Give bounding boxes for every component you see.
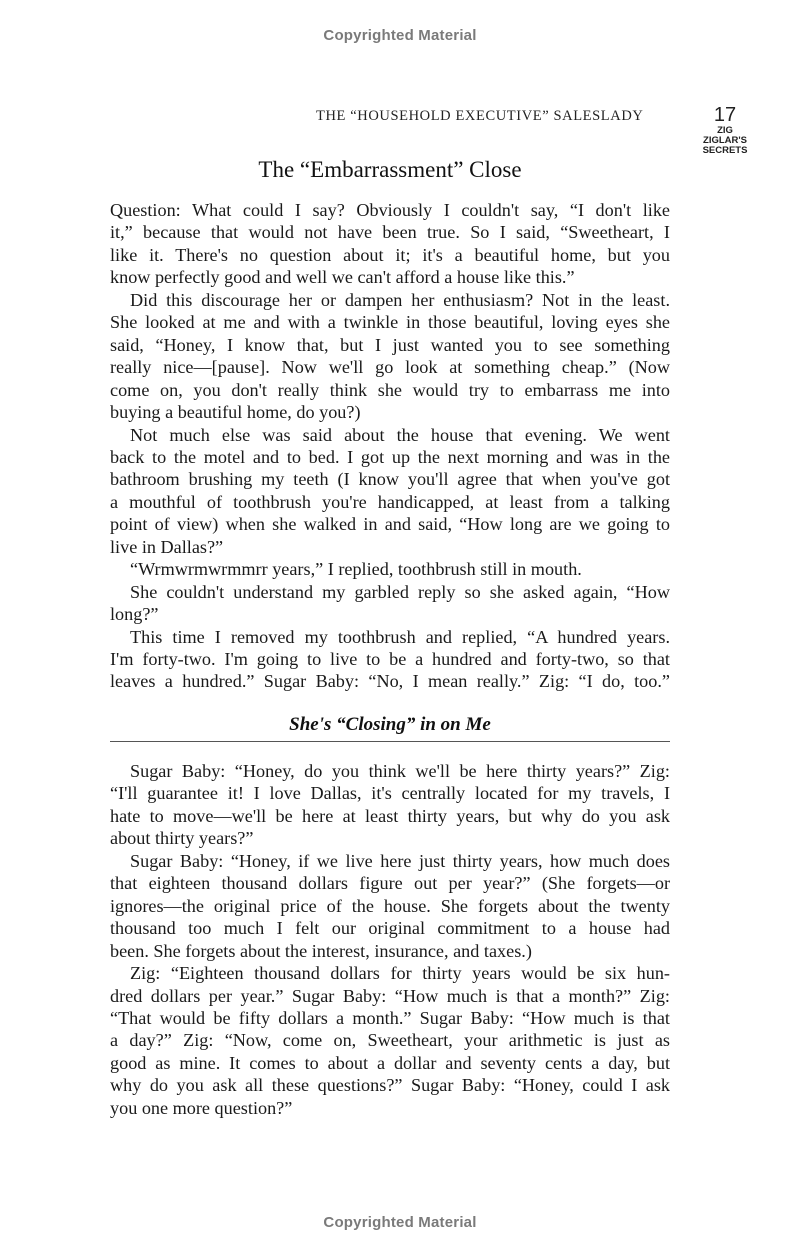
text-line: “I'll guarantee it! I love Dallas, it's … bbox=[110, 782, 670, 804]
text-line: know perfectly good and well we can't af… bbox=[110, 266, 670, 288]
text-line: you one more question?” bbox=[110, 1097, 670, 1119]
text-line: She looked at me and with a twinkle in t… bbox=[110, 311, 670, 333]
text-line: come on, you don't really think she woul… bbox=[110, 379, 670, 401]
text-line: Sugar Baby: “Honey, do you think we'll b… bbox=[130, 760, 670, 782]
text-line: I'm forty-two. I'm going to live to be a… bbox=[110, 648, 670, 670]
text-line: “Wrmwrmwrmmrr years,” I replied, toothbr… bbox=[130, 558, 670, 580]
text-line: She couldn't understand my garbled reply… bbox=[130, 581, 670, 603]
text-line: that eighteen thousand dollars figure ou… bbox=[110, 872, 670, 894]
text-line: hate to move—we'll be here at least thir… bbox=[110, 805, 670, 827]
book-tag-line: SECRETS bbox=[700, 146, 750, 156]
text-line: long?” bbox=[110, 603, 670, 625]
section-divider-rule bbox=[110, 741, 670, 742]
text-line: Zig: “Eighteen thousand dollars for thir… bbox=[130, 962, 670, 984]
page-number: 17 bbox=[700, 104, 750, 127]
text-line: really nice—[pause]. Now we'll go look a… bbox=[110, 356, 670, 378]
text-line: been. She forgets about the interest, in… bbox=[110, 940, 670, 962]
text-line: ignores—the original price of the house.… bbox=[110, 895, 670, 917]
text-line: about thirty years?” bbox=[110, 827, 670, 849]
text-line: bathroom brushing my teeth (I know you'l… bbox=[110, 468, 670, 490]
text-line: a day?” Zig: “Now, come on, Sweetheart, … bbox=[110, 1029, 670, 1051]
text-line: buying a beautiful home, do you?) bbox=[110, 401, 670, 423]
running-head: THE “HOUSEHOLD EXECUTIVE” SALESLADY bbox=[316, 108, 643, 125]
watermark-top: Copyrighted Material bbox=[0, 27, 800, 44]
text-line: good as mine. It comes to about a dollar… bbox=[110, 1052, 670, 1074]
text-line: Question: What could I say? Obviously I … bbox=[110, 199, 670, 221]
text-line: it,” because that would not have been tr… bbox=[110, 221, 670, 243]
text-line: live in Dallas?” bbox=[110, 536, 670, 558]
text-line: This time I removed my toothbrush and re… bbox=[130, 626, 670, 648]
text-line: leaves a hundred.” Sugar Baby: “No, I me… bbox=[110, 670, 670, 692]
book-tag: ZIG ZIGLAR'S SECRETS bbox=[700, 126, 750, 156]
text-line: a mouthful of toothbrush you're handicap… bbox=[110, 491, 670, 513]
section-heading-closing-in-on-me: She's “Closing” in on Me bbox=[110, 714, 670, 736]
text-line: Did this discourage her or dampen her en… bbox=[130, 289, 670, 311]
text-line: said, “Honey, I know that, but I just wa… bbox=[110, 334, 670, 356]
text-line: Sugar Baby: “Honey, if we live here just… bbox=[130, 850, 670, 872]
watermark-bottom: Copyrighted Material bbox=[0, 1214, 800, 1231]
text-line: like it. There's no question about it; i… bbox=[110, 244, 670, 266]
section-heading-embarrassment-close: The “Embarrassment” Close bbox=[110, 157, 670, 183]
text-line: back to the motel and to bed. I got up t… bbox=[110, 446, 670, 468]
text-line: point of view) when she walked in and sa… bbox=[110, 513, 670, 535]
text-line: dred dollars per year.” Sugar Baby: “How… bbox=[110, 985, 670, 1007]
text-line: Not much else was said about the house t… bbox=[130, 424, 670, 446]
text-line: “That would be fifty dollars a month.” S… bbox=[110, 1007, 670, 1029]
text-line: why do you ask all these questions?” Sug… bbox=[110, 1074, 670, 1096]
text-line: thousand too much I felt our original co… bbox=[110, 917, 670, 939]
